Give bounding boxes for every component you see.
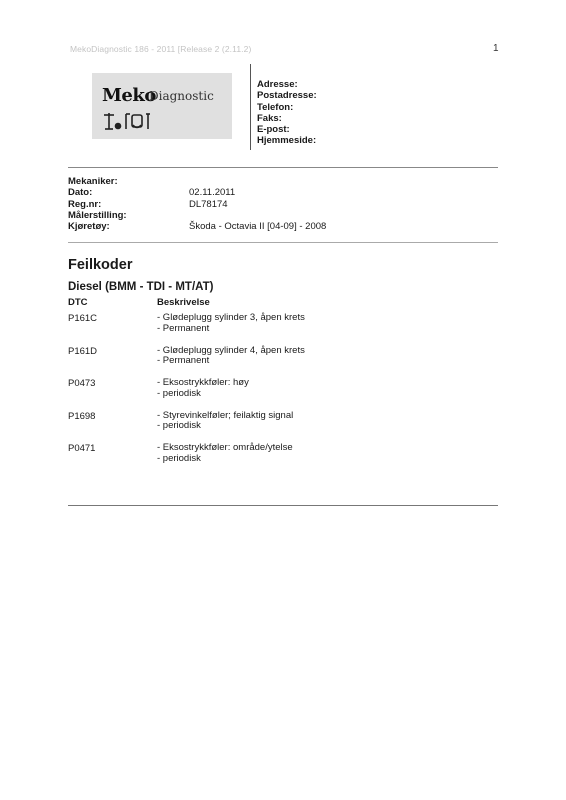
dtc-code: P161C [68,313,97,324]
contact-block: Adresse: Postadresse: Telefon: Faks: E-p… [257,79,317,147]
contact-address-label: Adresse: [257,79,317,90]
section-title: Feilkoder [68,257,132,273]
workshop-tools-icon [102,111,157,131]
dtc-code: P0473 [68,378,95,389]
contact-postal-label: Postadresse: [257,90,317,101]
col-dtc: DTC [68,297,88,308]
page-number: 1 [493,43,499,54]
contact-phone-label: Telefon: [257,102,317,113]
dtc-description: - Glødeplugg sylinder 3, åpen krets- Per… [157,313,305,334]
dtc-description: - Styrevinkelføler; feilaktig signal- pe… [157,411,293,432]
divider-top [68,167,498,168]
col-description: Beskrivelse [157,297,210,308]
contact-email-label: E-post: [257,124,317,135]
dtc-table-body: P161C - Glødeplugg sylinder 3, åpen kret… [68,313,388,476]
table-row: P161D - Glødeplugg sylinder 4, åpen kret… [68,346,388,379]
table-row: P0471 - Eksostrykkføler: område/ytelse- … [68,443,388,476]
divider-bottom [68,505,498,506]
contact-website-label: Hjemmeside: [257,135,317,146]
divider-mid [68,242,498,243]
table-row: P161C - Glødeplugg sylinder 3, åpen kret… [68,313,388,346]
logo-brand-bold: Meko [102,85,156,106]
contact-fax-label: Faks: [257,113,317,124]
dtc-code: P1698 [68,411,95,422]
logo-brand-light: Diagnostic [149,89,214,103]
dtc-description: - Glødeplugg sylinder 4, åpen krets- Per… [157,346,305,367]
table-row: P0473 - Eksostrykkføler: høy- periodisk [68,378,388,411]
dtc-code: P0471 [68,443,95,454]
dtc-description: - Eksostrykkføler: område/ytelse- period… [157,443,293,464]
section-subtitle: Diesel (BMM - TDI - MT/AT) [68,281,213,293]
table-row: P1698 - Styrevinkelføler; feilaktig sign… [68,411,388,444]
header-divider [250,64,251,150]
meko-diagnostic-logo: Meko Diagnostic [92,73,232,139]
dtc-code: P161D [68,346,97,357]
running-header: MekoDiagnostic 186 - 2011 [Release 2 (2.… [70,44,251,54]
dtc-description: - Eksostrykkføler: høy- periodisk [157,378,249,399]
